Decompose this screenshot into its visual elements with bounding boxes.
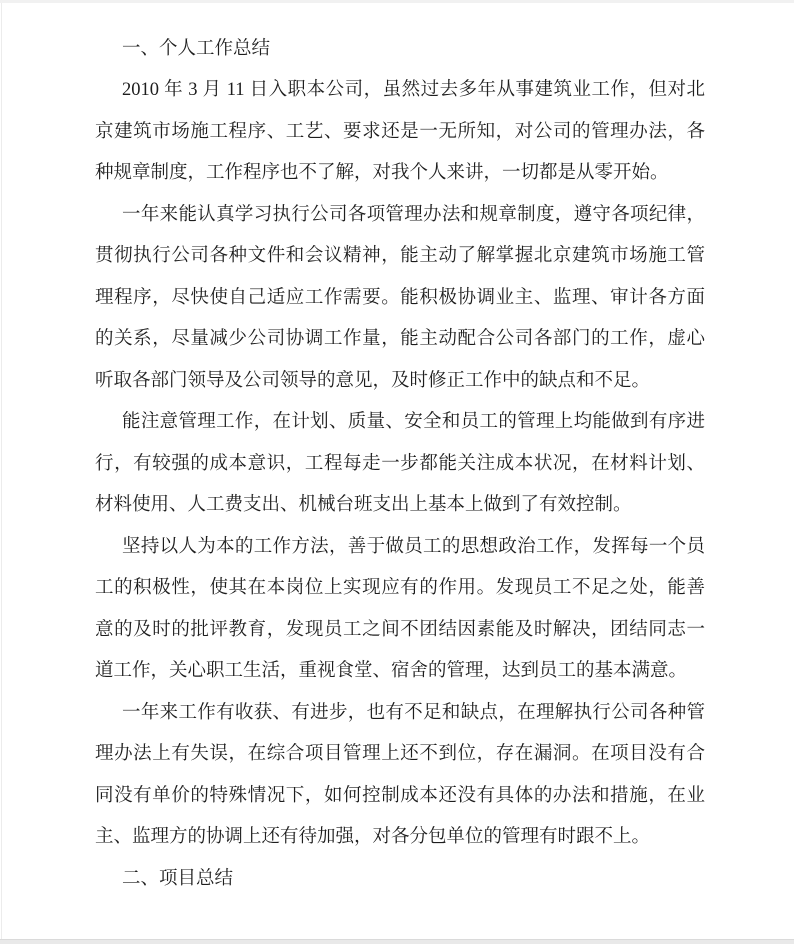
document-content: 一、个人工作总结2010 年 3 月 11 日入职本公司，虽然过去多年从事建筑业… bbox=[95, 29, 705, 901]
page-top-edge bbox=[0, 0, 794, 3]
document-page: 一、个人工作总结2010 年 3 月 11 日入职本公司，虽然过去多年从事建筑业… bbox=[0, 0, 794, 944]
paragraph-line: 主、监理方的协调上还有待加强，对各分包单位的管理有时跟不上。 bbox=[95, 817, 705, 859]
paragraph-line: 意的及时的批评教育，发现员工之间不团结因素能及时解决，团结同志一 bbox=[95, 610, 705, 652]
paragraph-line: 道工作，关心职工生活，重视食堂、宿舍的管理，达到员工的基本满意。 bbox=[95, 651, 705, 693]
paragraph-line: 行，有较强的成本意识，工程每走一步都能关注成本状况，在材料计划、 bbox=[95, 444, 705, 486]
section-heading: 一、个人工作总结 bbox=[95, 29, 705, 71]
paragraph-line: 工的积极性，使其在本岗位上实现应有的作用。发现员工不足之处，能善 bbox=[95, 568, 705, 610]
paragraph-line: 一年来能认真学习执行公司各项管理办法和规章制度，遵守各项纪律， bbox=[95, 195, 705, 237]
paragraph-line: 2010 年 3 月 11 日入职本公司，虽然过去多年从事建筑业工作，但对北 bbox=[95, 70, 705, 112]
paragraph-line: 理办法上有失误，在综合项目管理上还不到位，存在漏洞。在项目没有合 bbox=[95, 734, 705, 776]
paragraph-line: 听取各部门领导及公司领导的意见，及时修正工作中的缺点和不足。 bbox=[95, 361, 705, 403]
paragraph-line: 能注意管理工作，在计划、质量、安全和员工的管理上均能做到有序进 bbox=[95, 402, 705, 444]
paragraph-line: 种规章制度，工作程序也不了解，对我个人来讲，一切都是从零开始。 bbox=[95, 153, 705, 195]
page-left-edge bbox=[1, 3, 2, 939]
page-bottom-edge bbox=[0, 939, 794, 944]
paragraph-line: 一年来工作有收获、有进步，也有不足和缺点，在理解执行公司各种管 bbox=[95, 693, 705, 735]
section-heading: 二、项目总结 bbox=[95, 859, 705, 901]
paragraph-line: 坚持以人为本的工作方法，善于做员工的思想政治工作，发挥每一个员 bbox=[95, 527, 705, 569]
paragraph-line: 京建筑市场施工程序、工艺、要求还是一无所知，对公司的管理办法，各 bbox=[95, 112, 705, 154]
paragraph-line: 贯彻执行公司各种文件和会议精神，能主动了解掌握北京建筑市场施工管 bbox=[95, 236, 705, 278]
paragraph-line: 的关系，尽量减少公司协调工作量，能主动配合公司各部门的工作，虚心 bbox=[95, 319, 705, 361]
paragraph-line: 理程序，尽快使自己适应工作需要。能积极协调业主、监理、审计各方面 bbox=[95, 278, 705, 320]
paragraph-line: 材料使用、人工费支出、机械台班支出上基本上做到了有效控制。 bbox=[95, 485, 705, 527]
paragraph-line: 同没有单价的特殊情况下，如何控制成本还没有具体的办法和措施，在业 bbox=[95, 776, 705, 818]
